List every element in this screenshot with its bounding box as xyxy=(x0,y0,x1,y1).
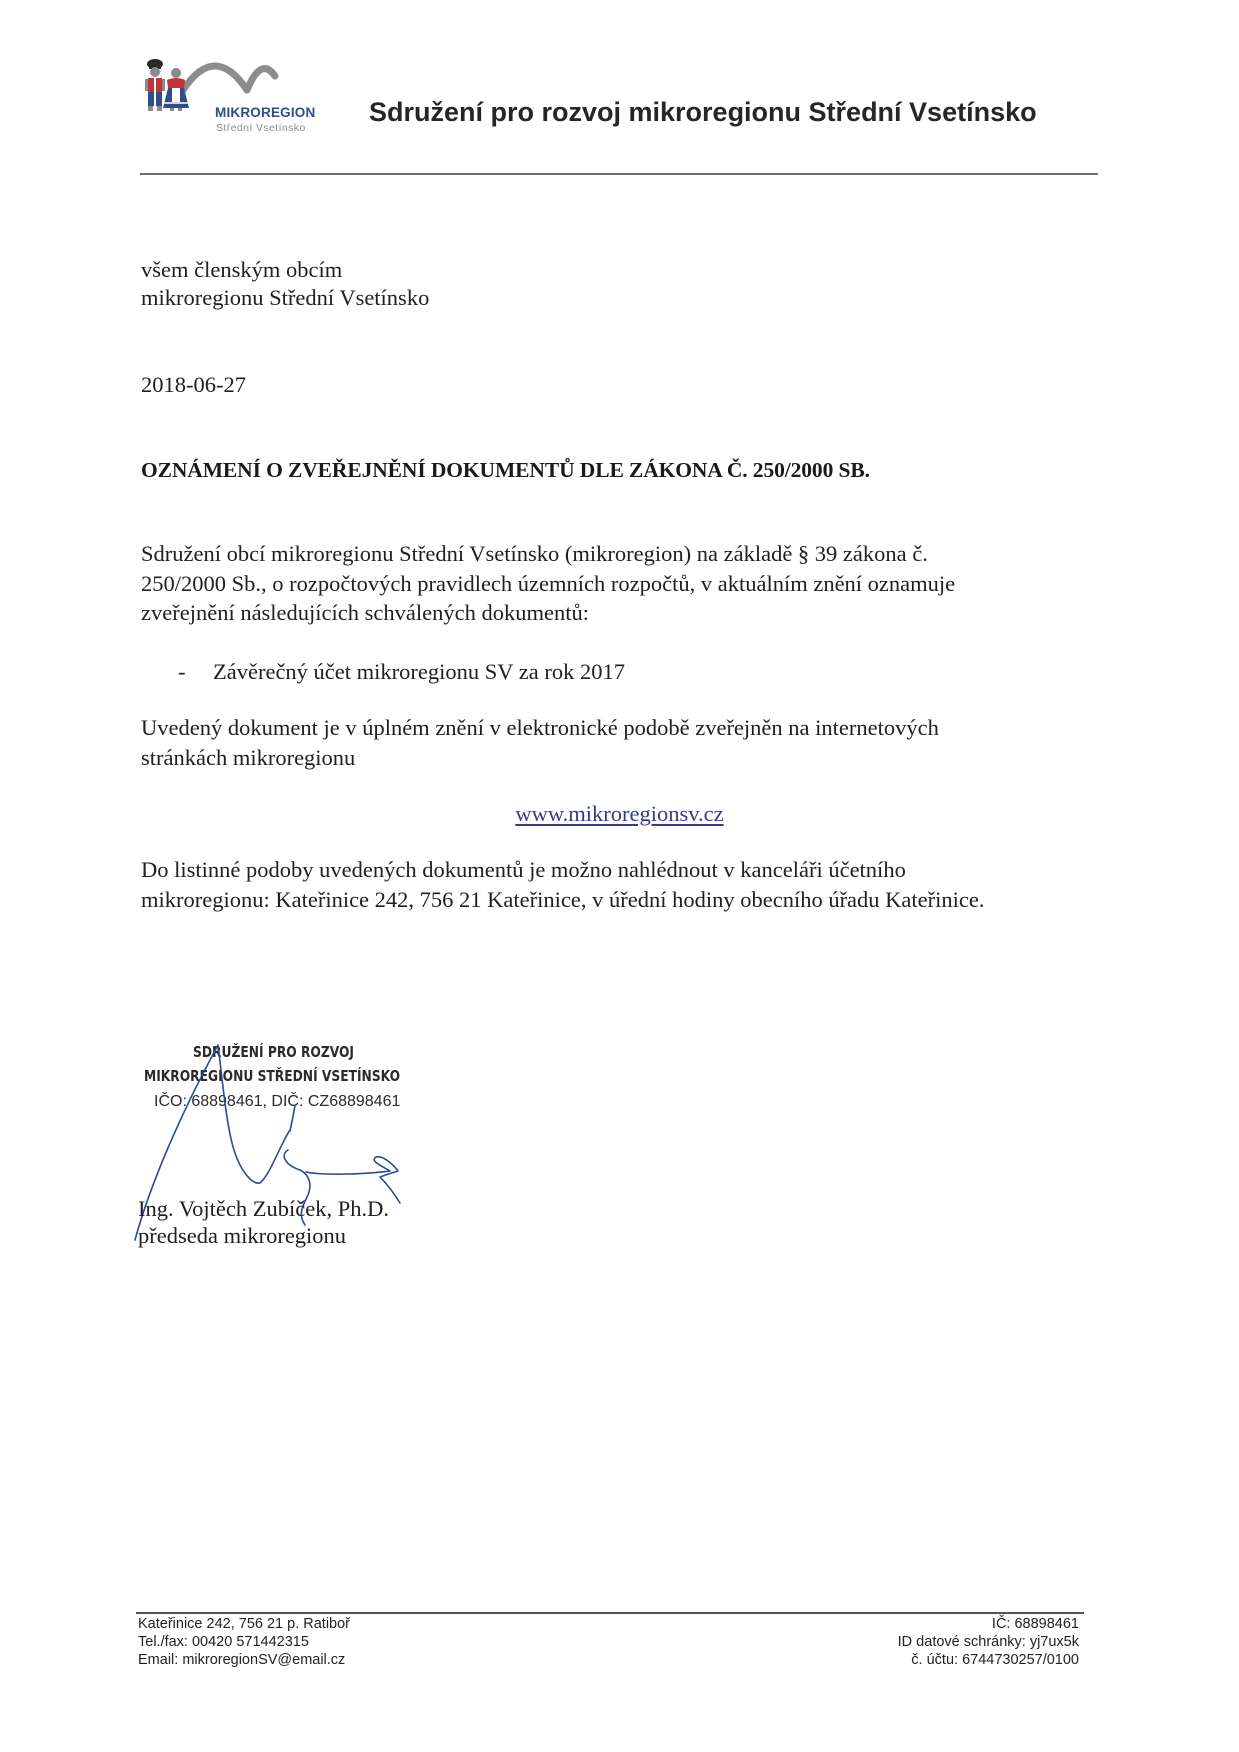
recipient-block: všem členským obcím mikroregionu Střední… xyxy=(141,256,429,312)
paragraph-line: stránkách mikroregionu xyxy=(141,743,939,773)
logo-main-text: MIKROREGION xyxy=(215,105,315,120)
footer-email: Email: mikroregionSV@email.cz xyxy=(138,1651,350,1669)
paragraph-line: mikroregionu: Kateřinice 242, 756 21 Kat… xyxy=(141,885,985,915)
footer-phone: Tel./fax: 00420 571442315 xyxy=(138,1633,350,1651)
logo-sub-text: Střední Vsetínsko xyxy=(216,122,306,134)
paragraph-line: Sdružení obcí mikroregionu Střední Vsetí… xyxy=(141,539,955,569)
stamp-org-line2: MIKROREGIONU STŘEDNÍ VSETÍNSKO xyxy=(144,1067,400,1085)
footer-ic: IČ: 68898461 xyxy=(898,1615,1079,1633)
footer-divider xyxy=(136,1612,1084,1614)
document-title: Závěrečný účet mikroregionu SV za rok 20… xyxy=(213,659,625,684)
letter-subject: OZNÁMENÍ O ZVEŘEJNĚNÍ DOKUMENTŮ DLE ZÁKO… xyxy=(141,458,870,483)
letter-date: 2018-06-27 xyxy=(141,371,246,399)
header-divider xyxy=(140,173,1098,175)
recipient-line: všem členským obcím xyxy=(141,256,429,284)
organization-logo: MIKROREGION Střední Vsetínsko xyxy=(145,50,325,145)
list-bullet: - xyxy=(178,658,213,686)
paragraph-line: Uvedený dokument je v úplném znění v ele… xyxy=(141,713,939,743)
document-list-item: -Závěrečný účet mikroregionu SV za rok 2… xyxy=(178,658,625,686)
stamp-ids: IČO: 68898461, DIČ: CZ68898461 xyxy=(154,1093,400,1111)
page-title: Sdružení pro rozvoj mikroregionu Střední… xyxy=(369,97,1037,128)
publication-paragraph: Uvedený dokument je v úplném znění v ele… xyxy=(141,713,939,772)
paragraph-line: Do listinné podoby uvedených dokumentů j… xyxy=(141,855,985,885)
paragraph-line: 250/2000 Sb., o rozpočtových pravidlech … xyxy=(141,569,955,599)
stamp-org-line1: SDRUŽENÍ PRO ROZVOJ xyxy=(193,1043,354,1061)
inspection-paragraph: Do listinné podoby uvedených dokumentů j… xyxy=(141,855,985,914)
intro-paragraph: Sdružení obcí mikroregionu Střední Vsetí… xyxy=(141,539,955,628)
website-row: www.mikroregionsv.cz xyxy=(0,801,1239,827)
website-link[interactable]: www.mikroregionsv.cz xyxy=(515,801,723,826)
footer-address: Kateřinice 242, 756 21 p. Ratiboř xyxy=(138,1615,350,1633)
footer-bank-account: č. účtu: 6744730257/0100 xyxy=(898,1651,1079,1669)
footer-databox-id: ID datové schránky: yj7ux5k xyxy=(898,1633,1079,1651)
recipient-line: mikroregionu Střední Vsetínsko xyxy=(141,284,429,312)
footer-identifiers: IČ: 68898461 ID datové schránky: yj7ux5k… xyxy=(898,1615,1079,1669)
signer-role: předseda mikroregionu xyxy=(138,1222,346,1250)
signer-name: Ing. Vojtěch Zubíček, Ph.D. xyxy=(138,1195,389,1223)
footer-contact: Kateřinice 242, 756 21 p. Ratiboř Tel./f… xyxy=(138,1615,350,1669)
paragraph-line: zveřejnění následujících schválených dok… xyxy=(141,598,955,628)
